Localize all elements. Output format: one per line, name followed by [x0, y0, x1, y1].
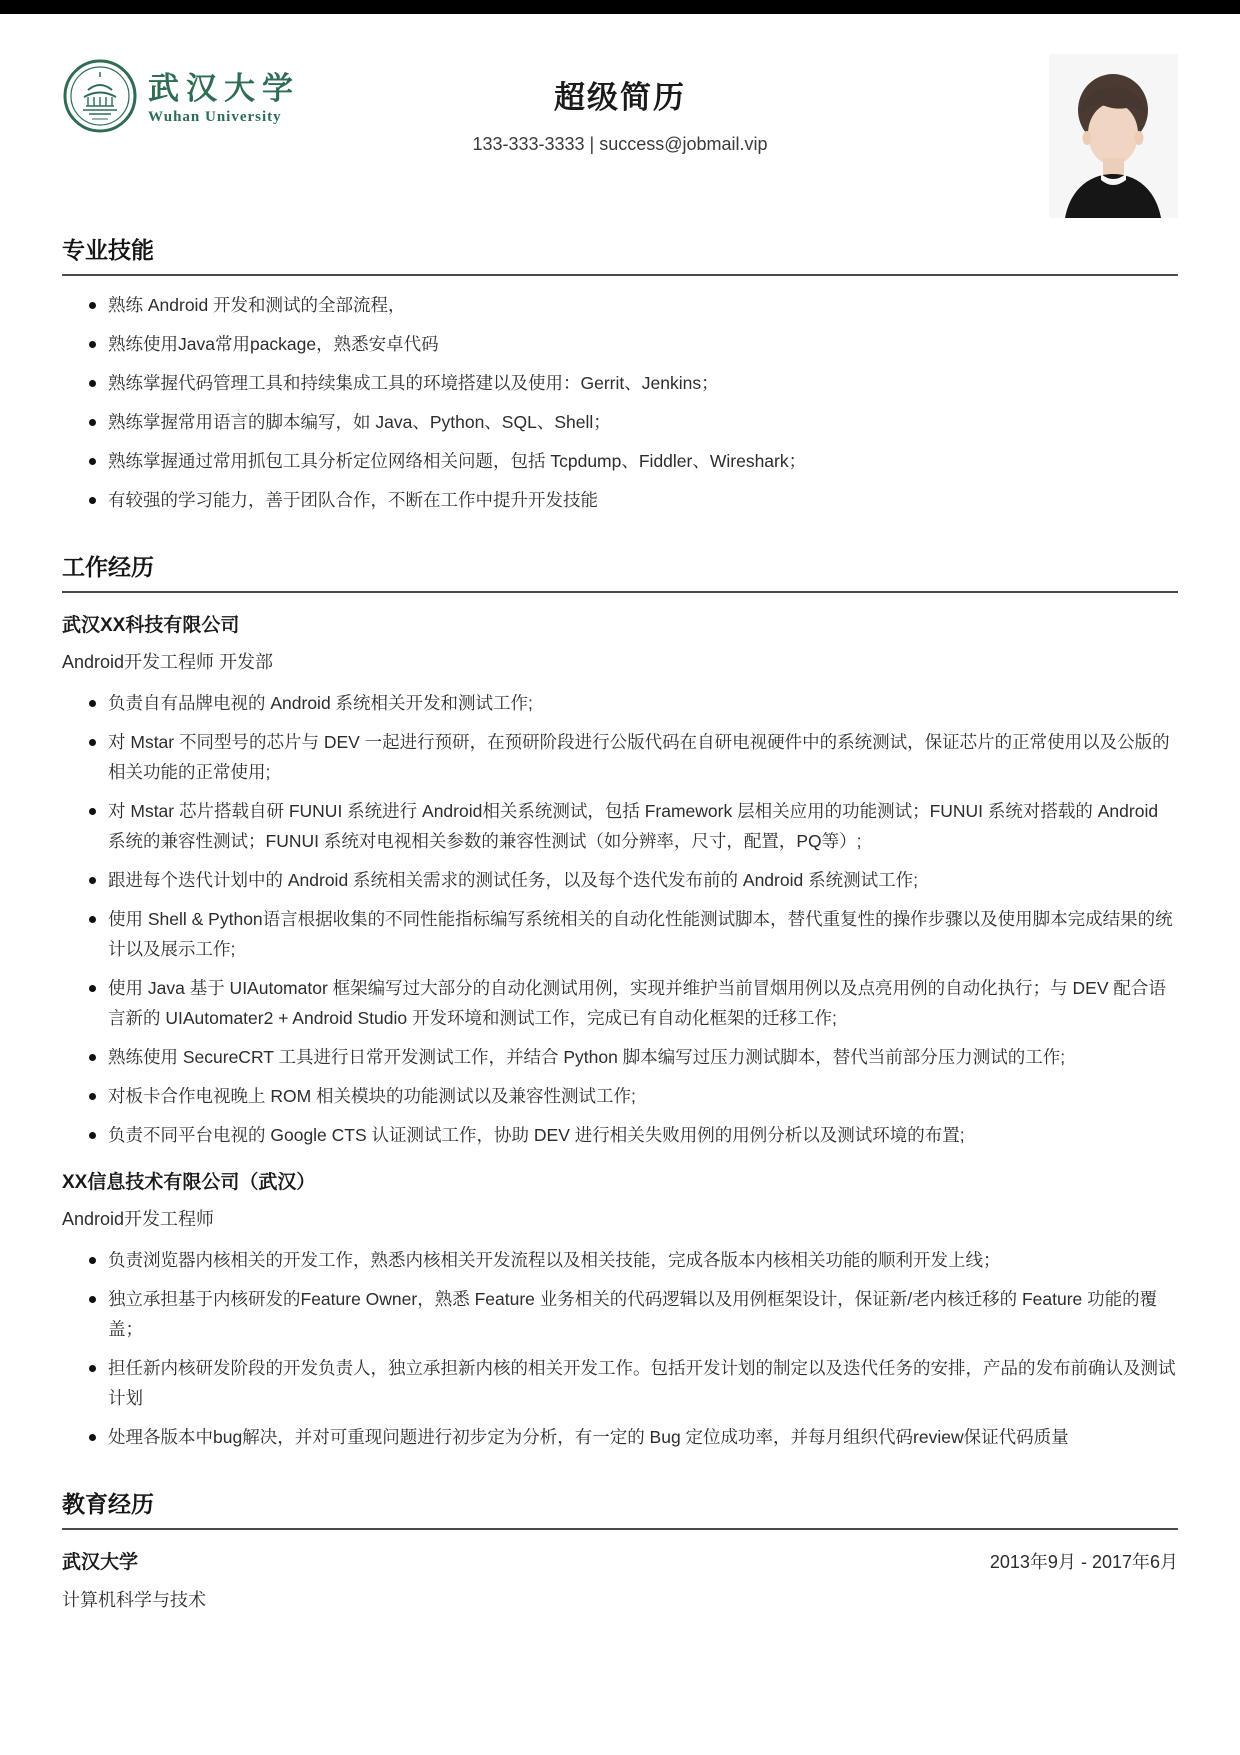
university-name-en: Wuhan University [148, 109, 300, 126]
page-title: 超级简历 [300, 72, 940, 117]
job-bullet: 使用 Shell & Python语言根据收集的不同性能指标编写系统相关的自动化… [62, 904, 1178, 964]
section-education: 教育经历 武汉大学 2013年9月 - 2017年6月 计算机科学与技术 [62, 1486, 1178, 1612]
skills-heading: 专业技能 [62, 232, 1178, 276]
job-bullet: 负责自有品牌电视的 Android 系统相关开发和测试工作; [62, 688, 1178, 718]
job-bullet: 负责浏览器内核相关的开发工作，熟悉内核相关开发流程以及相关技能，完成各版本内核相… [62, 1245, 1178, 1275]
skill-item: 熟练掌握通过常用抓包工具分析定位网络相关问题，包括 Tcpdump、Fiddle… [62, 446, 1178, 476]
job-entry: 武汉XX科技有限公司 Android开发工程师 开发部 负责自有品牌电视的 An… [62, 610, 1178, 1150]
university-logo-text: 武汉大学 Wuhan University [148, 72, 300, 126]
resume-header: 武汉大学 Wuhan University 超级简历 133-333-3333 … [62, 14, 1178, 220]
job-bullet-list: 负责浏览器内核相关的开发工作，熟悉内核相关开发流程以及相关技能，完成各版本内核相… [62, 1245, 1178, 1452]
job-bullet: 对板卡合作电视晚上 ROM 相关模块的功能测试以及兼容性测试工作; [62, 1081, 1178, 1111]
job-role: Android开发工程师 [62, 1205, 1178, 1231]
education-heading: 教育经历 [62, 1486, 1178, 1530]
skills-list: 熟练 Android 开发和测试的全部流程， 熟练使用Java常用package… [62, 290, 1178, 515]
header-center: 超级简历 133-333-3333 | success@jobmail.vip [300, 72, 940, 155]
university-seal-icon [62, 58, 138, 139]
job-role: Android开发工程师 开发部 [62, 648, 1178, 674]
profile-photo [1049, 54, 1178, 218]
resume-page: 武汉大学 Wuhan University 超级简历 133-333-3333 … [0, 0, 1240, 1755]
company-name: 武汉XX科技有限公司 [62, 610, 1178, 637]
skill-item: 熟练使用Java常用package，熟悉安卓代码 [62, 329, 1178, 359]
job-bullet: 对 Mstar 不同型号的芯片与 DEV 一起进行预研，在预研阶段进行公版代码在… [62, 727, 1178, 787]
job-bullet: 熟练使用 SecureCRT 工具进行日常开发测试工作，并结合 Python 脚… [62, 1042, 1178, 1072]
resume-content: 武汉大学 Wuhan University 超级简历 133-333-3333 … [0, 14, 1240, 1612]
job-bullet: 使用 Java 基于 UIAutomator 框架编写过大部分的自动化测试用例，… [62, 973, 1178, 1033]
job-bullet: 对 Mstar 芯片搭载自研 FUNUI 系统进行 Android相关系统测试，… [62, 796, 1178, 856]
education-major: 计算机科学与技术 [62, 1586, 1178, 1612]
skill-item: 熟练掌握代码管理工具和持续集成工具的环境搭建以及使用：Gerrit、Jenkin… [62, 368, 1178, 398]
university-logo: 武汉大学 Wuhan University [62, 58, 300, 139]
job-bullet: 担任新内核研发阶段的开发负责人，独立承担新内核的相关开发工作。包括开发计划的制定… [62, 1353, 1178, 1413]
job-bullet-list: 负责自有品牌电视的 Android 系统相关开发和测试工作; 对 Mstar 不… [62, 688, 1178, 1150]
page-top-bar [0, 0, 1240, 14]
education-dates: 2013年9月 - 2017年6月 [990, 1548, 1178, 1574]
section-work: 工作经历 武汉XX科技有限公司 Android开发工程师 开发部 负责自有品牌电… [62, 549, 1178, 1452]
job-bullet: 跟进每个迭代计划中的 Android 系统相关需求的测试任务，以及每个迭代发布前… [62, 865, 1178, 895]
education-entry: 武汉大学 2013年9月 - 2017年6月 [62, 1547, 1178, 1574]
job-bullet: 负责不同平台电视的 Google CTS 认证测试工作，协助 DEV 进行相关失… [62, 1120, 1178, 1150]
skill-item: 熟练掌握常用语言的脚本编写，如 Java、Python、SQL、Shell； [62, 407, 1178, 437]
university-name-cn: 武汉大学 [148, 72, 300, 106]
work-heading: 工作经历 [62, 549, 1178, 593]
job-bullet: 独立承担基于内核研发的Feature Owner，熟悉 Feature 业务相关… [62, 1284, 1178, 1344]
contact-line: 133-333-3333 | success@jobmail.vip [300, 134, 940, 155]
job-bullet: 处理各版本中bug解决，并对可重现问题进行初步定为分析，有一定的 Bug 定位成… [62, 1422, 1178, 1452]
section-skills: 专业技能 熟练 Android 开发和测试的全部流程， 熟练使用Java常用pa… [62, 232, 1178, 515]
skill-item: 熟练 Android 开发和测试的全部流程， [62, 290, 1178, 320]
company-name: XX信息技术有限公司（武汉） [62, 1167, 1178, 1194]
job-entry: XX信息技术有限公司（武汉） Android开发工程师 负责浏览器内核相关的开发… [62, 1167, 1178, 1452]
school-name: 武汉大学 [62, 1547, 138, 1574]
skill-item: 有较强的学习能力，善于团队合作，不断在工作中提升开发技能 [62, 485, 1178, 515]
